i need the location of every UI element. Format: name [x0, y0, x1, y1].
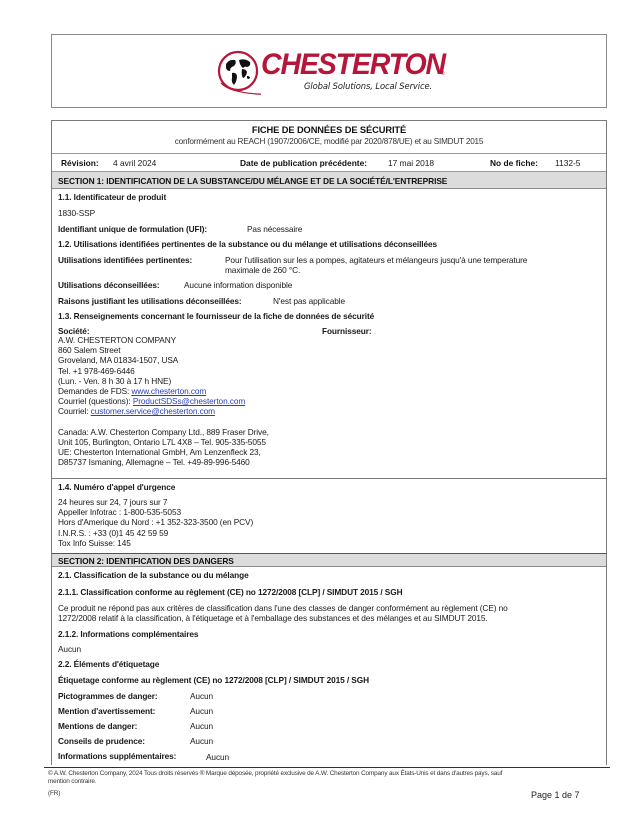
- company-line: A.W. CHESTERTON COMPANY: [58, 335, 269, 345]
- revision-label: Révision:: [61, 158, 99, 168]
- ufi-value: Pas nécessaire: [247, 224, 302, 234]
- other-office-line: Canada: A.W. Chesterton Company Ltd., 88…: [58, 427, 269, 437]
- emergency-line: Appeller Infotrac : 1-800-535-5053: [58, 507, 253, 517]
- language-code: (FR): [48, 790, 60, 797]
- emergency-line: Hors d'Amerique du Nord : +1 352-323-350…: [58, 517, 253, 527]
- uses-value-line2: maximale de 260 °C.: [225, 265, 300, 275]
- previous-date-label: Date de publication précédente:: [240, 158, 367, 168]
- divider: [52, 478, 606, 479]
- pictograms-label: Pictogrammes de danger:: [58, 691, 158, 701]
- product-sds-email-link[interactable]: ProductSDSs@chesterton.com: [133, 396, 245, 406]
- logo-header-box: CHESTERTON ® Global Solutions, Local Ser…: [51, 34, 607, 108]
- copyright-line2: mention contraire.: [48, 778, 96, 785]
- sds-requests-label: Demandes de FDS:: [58, 386, 131, 396]
- sheet-number-label: No de fiche:: [490, 158, 538, 168]
- company-line: Tel. +1 978-469-6446: [58, 366, 269, 376]
- sds-document: FICHE DE DONNÉES DE SÉCURITÉ conformémen…: [51, 120, 607, 765]
- chesterton-logo: CHESTERTON ® Global Solutions, Local Ser…: [215, 47, 455, 99]
- classification-heading: 2.1. Classification de la substance ou d…: [58, 570, 249, 580]
- previous-date-value: 17 mai 2018: [388, 158, 434, 168]
- company-line: (Lun. - Ven. 8 h 30 à 17 h HNE): [58, 376, 269, 386]
- signal-word-value: Aucun: [190, 706, 213, 716]
- globe-icon: [215, 49, 261, 95]
- revision-row: Révision: 4 avril 2024 Date de publicati…: [52, 154, 606, 172]
- emergency-line: 24 heures sur 24, 7 jours sur 7: [58, 497, 253, 507]
- precautionary-statements-value: Aucun: [190, 736, 213, 746]
- uses-label: Utilisations identifiées pertinentes:: [58, 255, 192, 265]
- logo-wordmark: CHESTERTON: [261, 49, 445, 81]
- pictograms-value: Aucun: [190, 691, 213, 701]
- ufi-label: Identifiant unique de formulation (UFI):: [58, 224, 207, 234]
- supplier-info-heading: 1.3. Renseignements concernant le fourni…: [58, 311, 374, 321]
- email-label: Courriel:: [58, 406, 91, 416]
- email-line: Courriel: customer.service@chesterton.co…: [58, 406, 269, 416]
- company-line: 860 Salem Street: [58, 345, 269, 355]
- emergency-line: Tox Info Suisse: 145: [58, 538, 253, 548]
- classification-text-line2: 1272/2008 relatif à la classification, à…: [58, 613, 488, 623]
- emergency-heading: 1.4. Numéro d'appel d'urgence: [58, 482, 175, 492]
- page-number: Page 1 de 7: [531, 790, 580, 800]
- discouraged-uses-label: Utilisations déconseillées:: [58, 280, 160, 290]
- emergency-line: I.N.R.S. : +33 (0)1 45 42 59 59: [58, 528, 253, 538]
- signal-word-label: Mention d'avertissement:: [58, 706, 155, 716]
- classification-text-line1: Ce produit ne répond pas aux critères de…: [58, 603, 508, 613]
- hazard-statements-label: Mentions de danger:: [58, 721, 137, 731]
- reasons-label: Raisons justifiant les utilisations déco…: [58, 296, 242, 306]
- copyright-line1: © A.W. Chesterton Company, 2024 Tous dro…: [48, 770, 502, 777]
- company-line: Groveland, MA 01834-1507, USA: [58, 355, 269, 365]
- product-identifier-heading: 1.1. Identificateur de produit: [58, 192, 166, 202]
- supplementary-info-value: Aucun: [206, 752, 229, 762]
- supplier-label: Fournisseur:: [322, 326, 372, 336]
- sheet-number-value: 1132-5: [555, 158, 580, 168]
- reasons-value: N'est pas applicable: [273, 296, 345, 306]
- website-link[interactable]: www.chesterton.com: [131, 386, 206, 396]
- other-office-line: Unit 105, Burlington, Ontario L7L 4X8 – …: [58, 437, 269, 447]
- labelling-regulation-heading: Étiquetage conforme au règlement (CE) no…: [58, 675, 369, 685]
- section-2-heading: SECTION 2: IDENTIFICATION DES DANGERS: [52, 553, 606, 567]
- other-office-line: D85737 Ismaning, Allemagne – Tel. +49-89…: [58, 457, 269, 467]
- hazard-statements-value: Aucun: [190, 721, 213, 731]
- document-title-block: FICHE DE DONNÉES DE SÉCURITÉ conformémen…: [52, 121, 606, 154]
- revision-value: 4 avril 2024: [113, 158, 156, 168]
- other-office-line: UE: Chesterton International GmbH, Am Le…: [58, 447, 269, 457]
- uses-heading: 1.2. Utilisations identifiées pertinente…: [58, 239, 437, 249]
- complementary-info-heading: 2.1.2. Informations complémentaires: [58, 629, 198, 639]
- discouraged-uses-value: Aucune information disponible: [184, 280, 292, 290]
- document-title: FICHE DE DONNÉES DE SÉCURITÉ: [52, 125, 606, 135]
- company-address: A.W. CHESTERTON COMPANY 860 Salem Street…: [58, 335, 269, 467]
- supplementary-info-label: Informations supplémentaires:: [58, 751, 176, 761]
- email-questions-label: Courriel (questions):: [58, 396, 133, 406]
- registered-mark: ®: [441, 71, 445, 77]
- labelling-elements-heading: 2.2. Éléments d'étiquetage: [58, 659, 159, 669]
- footer-rule: [44, 767, 610, 768]
- product-id: 1830-SSP: [58, 208, 95, 218]
- section-1-heading: SECTION 1: IDENTIFICATION DE LA SUBSTANC…: [52, 172, 606, 189]
- email-questions-line: Courriel (questions): ProductSDSs@cheste…: [58, 396, 269, 406]
- logo-tagline: Global Solutions, Local Service.: [304, 81, 432, 91]
- uses-value-line1: Pour l'utilisation sur les a pompes, agi…: [225, 255, 527, 265]
- emergency-numbers: 24 heures sur 24, 7 jours sur 7 Appeller…: [58, 497, 253, 548]
- customer-service-email-link[interactable]: customer.service@chesterton.com: [91, 406, 215, 416]
- sds-requests-line: Demandes de FDS: www.chesterton.com: [58, 386, 269, 396]
- precautionary-statements-label: Conseils de prudence:: [58, 736, 145, 746]
- document-subtitle: conformément au REACH (1907/2006/CE, mod…: [52, 137, 606, 146]
- complementary-info-value: Aucun: [58, 644, 81, 654]
- classification-regulation-heading: 2.1.1. Classification conforme au règlem…: [58, 587, 403, 597]
